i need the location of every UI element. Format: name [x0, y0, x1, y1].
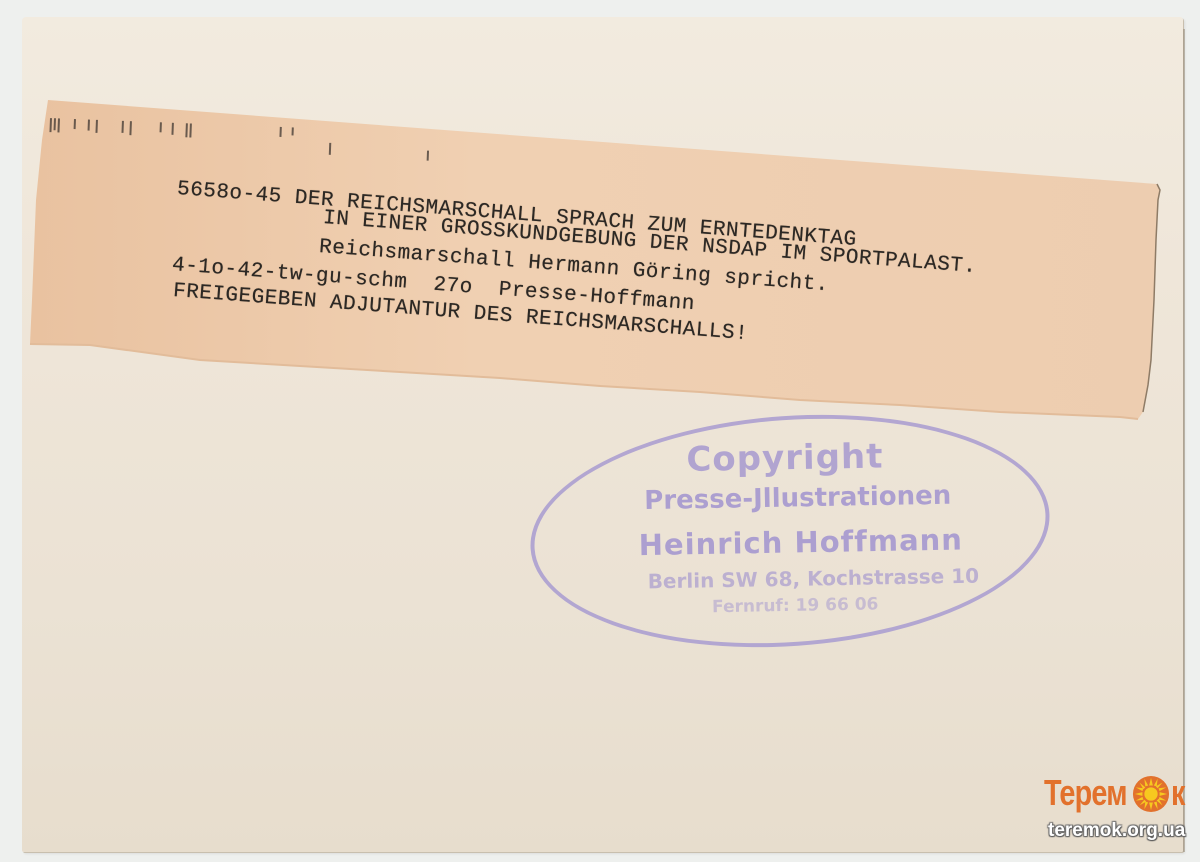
watermark-url: teremok.org.ua — [1048, 820, 1185, 842]
teremok-watermark: Терем к teremok.org.ua — [1040, 772, 1200, 852]
copyright-stamp: Copyright Presse-Jllustrationen Heinrich… — [523, 398, 1058, 664]
watermark-brand-end: к — [1171, 772, 1185, 814]
watermark-brand: Терем — [1044, 772, 1127, 814]
sun-icon — [1132, 775, 1170, 813]
